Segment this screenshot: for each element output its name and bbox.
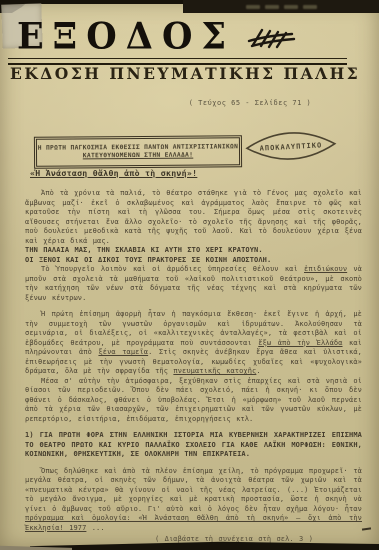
- scan-edge-top-right: [183, 0, 379, 13]
- handwritten-ink-mark: [243, 24, 299, 56]
- masthead-subtitle: ΕΚΔΟΣΗ ΠΝΕΥΜΑΤΙΚΗΣ ΠΑΛΗΣ: [10, 64, 360, 83]
- faint-date-stamp: [246, 5, 317, 9]
- scanned-pamphlet-page: ΕΞΟΔΟΣ ΕΚΔΟΣΗ ΠΝΕΥΜΑΤΙΚΗΣ ΠΑΛΗΣ ( Τεύχος…: [0, 0, 379, 550]
- article-body: Ἀπὸ τὰ χρόνια τὰ παλιά, τὸ θέατρο στάθηκ…: [25, 189, 362, 545]
- lens-stamp: ΑΠΟΚΑΛΥΠΤΙΚΟ: [242, 125, 340, 172]
- article-paragraph: 1) ΓΙΑ ΠΡΩΤΗ ΦΟΡΑ ΣΤΗΝ ΕΛΛΗΝΙΚΗ ΙΣΤΟΡΙΑ …: [25, 431, 362, 460]
- article-paragraph: Ἡ πρώτη ἐπίσημη ἀφορμὴ ἦταν ἡ παγκόσμια …: [25, 310, 362, 377]
- article-paragraph: Ὅπως δηλώθηκε καὶ ἀπὸ τὰ πλέον ἐπίσημα χ…: [25, 467, 362, 534]
- article-paragraph: ΟΙ ΞΕΝΟΙ ΚΑΙ ΟΙ ΔΙΚΟΙ ΤΟΥΣ ΠΡΑΚΤΟΡΕΣ ΣΕ …: [25, 256, 362, 266]
- lens-stamp-label: ΑΠΟΚΑΛΥΠΤΙΚΟ: [259, 141, 322, 152]
- masthead-title: ΕΞΟΔΟΣ: [17, 15, 235, 58]
- boxed-headline: Η ΠΡΩΤΗ ΠΑΓΚΟΣΜΙΑ ΕΚΘΕΣΙΣ ΠΑΝΤΩΝ ΑΝΤΙΧΡΙ…: [34, 135, 242, 168]
- article-subject-line: «Ἡ Ἀνάσταση θἄλθη ἀπὸ τὴ σκηνή»!: [30, 168, 197, 178]
- article-paragraph: Μέσα σ' αὐτὴν τὴν ἀτμόσφαιρα, ξεχύθηκαν …: [25, 377, 362, 425]
- pen-tick-mark: [362, 527, 371, 530]
- boxed-headline-line2: ΚΑΤΕΥΘΥΝΟΜΕΝΩΝ ΣΤΗΝ ΕΛΛΑΔΑ!: [83, 152, 194, 161]
- article-paragraph: Τὸ Ὑπουργεῖο λοιπὸν καὶ οἱ ἁρμόδιες ὑπηρ…: [25, 265, 362, 303]
- article-paragraph: Ἀπὸ τὰ χρόνια τὰ παλιά, τὸ θέατρο στάθηκ…: [25, 189, 362, 246]
- issue-line: ( Τεύχος 65 - Σελίδες 71 ): [150, 99, 350, 107]
- article-paragraph: ΤΗΝ ΠΑΛΑΙΑ ΜΑΣ, ΤΗΝ ΣΚΛΑΒΙΑ ΚΙ ΑΥΤΗ ΣΤΟ …: [25, 246, 362, 256]
